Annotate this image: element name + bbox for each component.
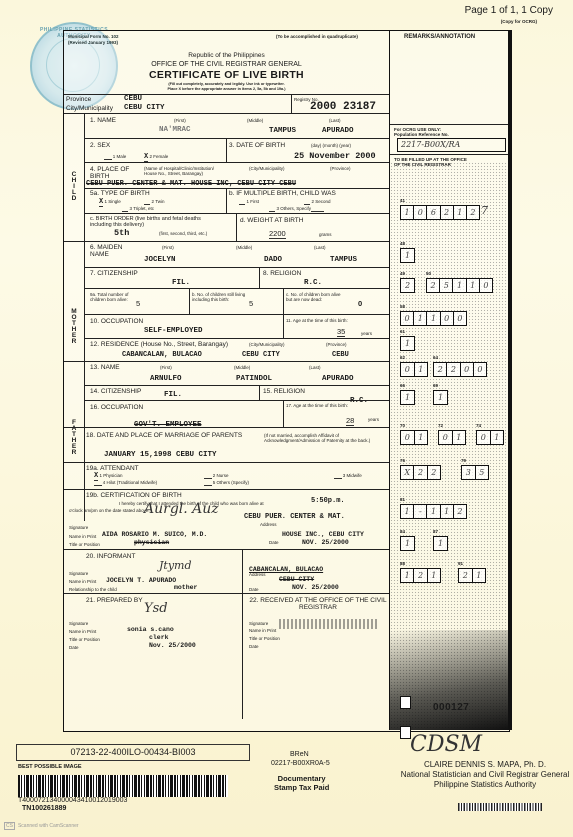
serial-number: 000127 [433, 702, 469, 713]
box-code-72: 72 [438, 423, 443, 428]
population-ref-label: Population Reference No. [394, 132, 449, 137]
instructions-line-2: Place X before the appropriate answer in… [64, 87, 389, 92]
father-middle-caption: (Middle) [234, 365, 250, 370]
multiple-option-second: 2 Second [304, 199, 331, 204]
control-number: 07213-22-400ILO-00434-BI003 [16, 744, 250, 761]
scan-shadow [390, 630, 509, 730]
father-religion-label: 15. RELIGION [263, 388, 305, 395]
certification-label: 19b. CERTIFICATION OF BIRTH [86, 492, 182, 499]
received-date-label: Date [249, 644, 259, 649]
informant-signature: Jtymd [159, 559, 192, 572]
birth-time: 5:50p.m. [311, 497, 345, 505]
section-father-label: FATHER [67, 419, 81, 458]
bren-label: BReN [290, 751, 309, 758]
informant-relationship: mother [174, 584, 197, 591]
coding-box-91: 21 [458, 568, 486, 583]
office-label: OFFICE OF THE CIVIL REGISTRAR GENERAL [64, 61, 389, 68]
certification-address-label: Address [260, 522, 277, 527]
mother-last-name: TAMPUS [330, 256, 357, 264]
attendant-label: 19a. ATTENDANT [86, 465, 139, 472]
received-signature-label: Signature [249, 621, 268, 626]
mother-last-caption: (Last) [314, 245, 326, 250]
preparer-date-label: Date [69, 645, 79, 650]
mother-age: 35 [337, 327, 345, 337]
mother-religion: R.C. [304, 279, 322, 287]
barcode [18, 775, 228, 797]
box-code-62: 62 [400, 355, 405, 360]
type-option-single: X 1 Single [99, 199, 121, 205]
remarks-label: REMARKS/ANNOTATION [404, 34, 475, 40]
received-name-label: Name in Print [249, 628, 276, 633]
child-first-name: NA'MRAC [159, 126, 191, 134]
type-option-twin: 2 Twin [144, 199, 164, 204]
certification-title-label: Title or Position [69, 542, 100, 547]
coding-box-62: 01 [400, 362, 428, 377]
physician-address-2: HOUSE INC., CEBU CITY [282, 531, 364, 538]
last-name-caption: (Last) [329, 118, 341, 123]
physician-title: physician [134, 539, 169, 546]
registrar-general-signature: CDSM [410, 732, 482, 757]
preparer-name: sonia s.cano [127, 626, 174, 633]
informant-date-label: Date [249, 587, 259, 592]
copy-for-label: (Copy for OCRG) [501, 19, 537, 24]
box-code-69: 69 [433, 383, 438, 388]
coding-box-70: 01 [400, 430, 428, 445]
physician-signature: Aurgl. Auz [144, 501, 219, 517]
box-code-50: 50 [426, 271, 431, 276]
camscanner-icon: CS [4, 822, 15, 830]
box-code-61: 61 [400, 329, 405, 334]
informant-relationship-label: Relationship to the child [69, 587, 117, 592]
child-name-label: 1. NAME [90, 117, 116, 124]
weight-label: d. WEIGHT AT BIRTH [240, 217, 303, 224]
place-of-birth: CEBU PUER. CENTER & MAT. HOUSE INC, CEBU… [86, 180, 296, 188]
certification-name-label: Name in Print [69, 534, 96, 539]
mother-occupation-label: 10. OCCUPATION [90, 318, 143, 325]
coding-box-48: 1 [400, 248, 415, 263]
living-count: 5 [249, 299, 253, 308]
marriage-label: 18. DATE AND PLACE OF MARRIAGE OF PARENT… [86, 432, 242, 439]
ocrg-column: REMARKS/ANNOTATION For OCRG USE ONLY: Po… [389, 30, 509, 730]
dead-count: 0 [358, 299, 362, 308]
mother-age-label: 11. Age at the time of this birth: [286, 318, 356, 323]
page-count: Page 1 of 1, 1 Copy [465, 5, 553, 16]
official-agency: Philippine Statistics Authority [390, 780, 573, 790]
coding-box-76: X22 [400, 465, 441, 480]
coding-box-69: 1 [433, 390, 448, 405]
quadruplicate-note: (To be accomplished in quadruplicate) [276, 34, 358, 39]
coding-box-79: 35 [461, 465, 489, 480]
transaction-number: TN100261889 [22, 805, 66, 812]
informant-name: JOCELYN T. APURADO [106, 577, 176, 584]
father-middle-name: PATINDOL [236, 375, 272, 383]
coding-box-64: 2200 [433, 362, 487, 377]
father-citizenship-label: 14. CITIZENSHIP [90, 388, 141, 395]
box-code-76: 76 [400, 458, 405, 463]
residence-label: 12. RESIDENCE (House No., Street, Barang… [90, 341, 228, 348]
father-first-name: ARNULFO [150, 375, 182, 383]
certification-signature-label: Signature [69, 525, 88, 530]
multiple-option-first: 1 First [239, 199, 259, 204]
box-code-74: 74 [476, 423, 481, 428]
registry-number: 2000 23187 [310, 101, 376, 113]
documentary-stamp: Documentary Stamp Tax Paid [274, 774, 329, 792]
mother-religion-label: 8. RELIGION [263, 270, 301, 277]
marriage-hint: (If not married, accomplish Affidavit of… [264, 433, 389, 443]
mother-age-unit: years [361, 331, 372, 336]
official-name: CLAIRE DENNIS S. MAPA, Ph. D. [390, 760, 573, 770]
dead-label: c. No. of children born alive but are no… [286, 292, 346, 302]
section-mother-label: MOTHER [67, 308, 81, 347]
informant-address-label: Address [249, 572, 266, 577]
sex-option-female: X 2 Female [144, 154, 168, 160]
pob-hint: (Name of Hospital/Clinic/Institution/ Ho… [144, 166, 224, 176]
physician-name: AIDA ROSARIO M. SUICO, M.D. [102, 531, 207, 538]
child-middle-name: TAMPUS [269, 127, 296, 135]
province-label: Province [66, 96, 91, 103]
father-occupation-label: 16. OCCUPATION [90, 404, 143, 411]
mother-middle-caption: (Middle) [236, 245, 252, 250]
type-option-triplet: 3 Triplet, etc [122, 206, 154, 211]
mother-citizenship-label: 7. CITIZENSHIP [90, 270, 138, 277]
box-code-58: 58 [400, 304, 405, 309]
attendant-option-physician: X 1 Physician [94, 473, 122, 479]
father-name-label: 13. NAME [90, 364, 120, 371]
province-value: CEBU [124, 95, 142, 103]
pob-province-caption: (Province) [330, 166, 351, 171]
multiple-option-others: 3 Others, Specify [269, 206, 324, 211]
preparer-title: clerk [149, 634, 169, 641]
city-value: CEBU CITY [124, 104, 165, 112]
born-alive-label: 9a. Total number of children born alive: [90, 292, 135, 302]
residence-city: CEBU CITY [242, 351, 280, 359]
coding-box-suffix: 7 [481, 204, 488, 217]
certification-date-label: Date [269, 540, 279, 545]
barcode-number: T400072134000043410012019003 [18, 797, 127, 804]
best-possible-image-label: BEST POSSIBLE IMAGE [18, 764, 82, 770]
box-code-64: 64 [433, 355, 438, 360]
box-code-84: 84 [400, 529, 405, 534]
city-label: City/Municipality [66, 105, 113, 112]
marriage-date-place: JANUARY 15,1998 CEBU CITY [104, 451, 217, 459]
box-code-79: 79 [461, 458, 466, 463]
born-alive-count: 5 [136, 299, 140, 308]
residence-province-caption: (Province) [326, 342, 347, 347]
bren-value: 02217-B00XR0A-5 [271, 760, 330, 767]
scanner-watermark: CSScanned with CamScanner [4, 822, 79, 830]
father-age-unit: years [368, 417, 379, 422]
informant-label: 20. INFORMANT [86, 553, 135, 560]
first-name-caption: (First) [174, 118, 186, 123]
coding-box-81: 1-112 [400, 504, 467, 519]
coding-box-84: 1 [400, 536, 415, 551]
marker-box [400, 696, 411, 709]
box-code-91: 91 [458, 561, 463, 566]
attendant-option-others: 5 Others (Specify) [204, 480, 249, 485]
box-code-70: 70 [400, 423, 405, 428]
coding-box-88: 121 [400, 568, 441, 583]
form-number: Municipal Form No. 102 [68, 34, 119, 39]
preparer-name-label: Name in Print [69, 629, 96, 634]
coding-box-50: 25110 [426, 278, 493, 293]
date-of-birth: 25 November 2000 [294, 151, 376, 161]
preparer-signature-label: Signature [69, 621, 88, 626]
prepared-by-label: 21. PREPARED BY [86, 597, 143, 604]
certification-date: NOV. 25/2000 [302, 539, 349, 546]
father-last-caption: (Last) [309, 365, 321, 370]
preparer-title-label: Title or Position [69, 637, 100, 642]
mother-occupation: SELF-EMPLOYED [144, 327, 203, 335]
informant-signature-label: Signature [69, 571, 88, 576]
republic-label: Republic of the Philippines [64, 52, 389, 59]
received-title-label: Title or Position [249, 636, 280, 641]
residence-province: CEBU [332, 351, 349, 359]
box-code-48: 48 [400, 241, 405, 246]
mother-first-name: JOCELYN [144, 256, 176, 264]
form-revised: (Revised January 1993) [68, 40, 118, 45]
dob-parts-caption: (day) (month) (year) [311, 143, 351, 148]
birth-order-value: 5th [114, 228, 129, 238]
residence-address: CABANCALAN, BULACAO [122, 351, 202, 359]
preparer-date: Nov. 25/2000 [149, 642, 196, 649]
coding-box-41: 106212 [400, 205, 480, 220]
father-citizenship: FIL. [164, 391, 182, 399]
box-code-66: 66 [400, 383, 405, 388]
coding-box-66: 1 [400, 390, 415, 405]
coding-box-74: 01 [476, 430, 504, 445]
document-title: CERTIFICATE OF LIVE BIRTH [64, 69, 389, 81]
official-title: National Statistician and Civil Registra… [390, 770, 573, 780]
attendant-option-nurse: 2 Nurse [204, 473, 229, 478]
father-first-caption: (First) [160, 365, 172, 370]
mother-middle-name: DADO [264, 256, 282, 264]
box-code-41: 41 [400, 198, 405, 203]
sex-option-male: 1 Male [104, 154, 126, 159]
population-ref-value: 2217-B00X/RA [397, 138, 506, 152]
father-age-label: 17. Age at the time of this birth: [286, 403, 356, 408]
received-label: 22. RECEIVED AT THE OFFICE OF THE CIVIL … [248, 597, 388, 611]
mother-name-label: 6. MAIDEN NAME [90, 244, 130, 258]
pob-label: 4. PLACE OF BIRTH [90, 166, 130, 180]
physician-address-1: CEBU PUER. CENTER & MAT. [244, 513, 345, 521]
informant-address-2: CEBU CITY [279, 576, 314, 583]
mother-first-caption: (First) [162, 245, 174, 250]
residence-city-caption: (City/Municipality) [249, 342, 285, 347]
dob-label: 3. DATE OF BIRTH [229, 142, 285, 149]
attendant-option-hilot: 4 Hilot (Traditional Midwife) [94, 480, 157, 485]
security-barcode [458, 803, 542, 811]
coding-box-72: 01 [438, 430, 466, 445]
birth-order-label: c. BIRTH ORDER (live births and fetal de… [90, 216, 210, 228]
weight-unit: grams [319, 232, 332, 237]
sex-label: 2. SEX [90, 142, 110, 149]
father-last-name: APURADO [322, 375, 354, 383]
box-code-88: 88 [400, 561, 405, 566]
coding-box-87: 1 [433, 536, 448, 551]
informant-name-label: Name in Print [69, 579, 96, 584]
type-of-birth-label: 5a. TYPE OF BIRTH [90, 190, 150, 197]
registrar-general-block: CLAIRE DENNIS S. MAPA, Ph. D. National S… [390, 760, 573, 790]
preparer-signature: Ysd [144, 601, 168, 616]
informant-date: NOV. 25/2000 [292, 584, 339, 591]
child-last-name: APURADO [322, 127, 354, 135]
multiple-birth-label: b. IF MULTIPLE BIRTH, CHILD WAS [229, 190, 336, 197]
birth-weight: 2200 [269, 229, 286, 239]
section-child-label: CHILD [67, 171, 81, 204]
box-code-81: 81 [400, 497, 405, 502]
received-signature-stamp [279, 619, 379, 629]
attendant-option-midwife: 3 Midwife [334, 473, 362, 478]
pob-city-caption: (City/Municipality) [249, 166, 285, 171]
box-code-49: 49 [400, 271, 405, 276]
coding-box-61: 1 [400, 336, 415, 351]
middle-name-caption: (Middle) [247, 118, 263, 123]
birth-order-hint: (first, second, third, etc.) [159, 231, 207, 236]
mother-citizenship: FIL. [172, 279, 190, 287]
box-code-87: 87 [433, 529, 438, 534]
living-label: b. No. of children still living includin… [192, 292, 252, 302]
form-edge [508, 30, 512, 730]
coding-box-49: 2 [400, 278, 415, 293]
father-age: 28 [346, 416, 354, 426]
coding-box-58: 01100 [400, 311, 467, 326]
